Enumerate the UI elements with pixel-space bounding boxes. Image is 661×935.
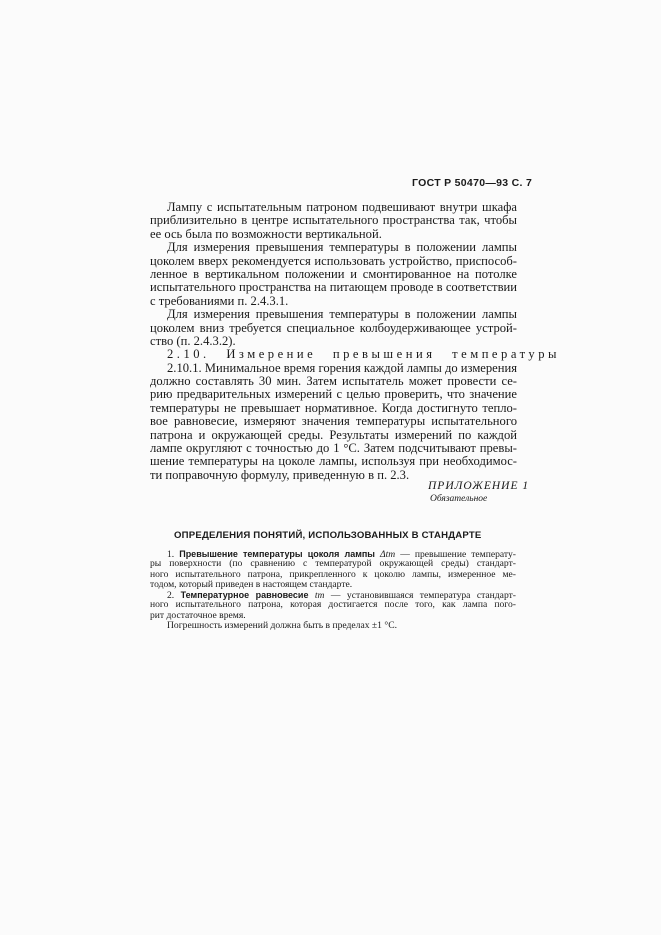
text-line: рию предварительных измерений с целью пр… [150,388,517,401]
text-line: вое равновесие, измеряют значения темпер… [150,415,517,428]
text-line: приблизительно в центре испытательного п… [150,214,517,227]
text-line: ее ось была по возможности вертикальной. [150,228,517,241]
text-line: ство (п. 2.4.3.2). [150,335,517,348]
text-line: тодом, который приведен в настоящем стан… [150,580,516,590]
appendix-label: ПРИЛОЖЕНИЕ 1 Обязательное [428,479,538,505]
accuracy-note: Погрешность измерений должна быть в пред… [150,621,516,631]
text-line: должно составлять 30 мин. Затем испытате… [150,375,517,388]
text-line: ленное в вертикальном положении и смонти… [150,268,517,281]
definitions-title: ОПРЕДЕЛЕНИЯ ПОНЯТИЙ, ИСПОЛЬЗОВАННЫХ В СТ… [174,530,514,541]
text-line: цоколем вниз требуется специальное колбо… [150,322,517,335]
text-line: лампе округляют с точностью до 1 °С. Зат… [150,442,517,455]
definitions-body: 1. Превышение температуры цоколя лампы Δ… [150,549,516,631]
appendix-status: Обязательное [428,493,538,505]
appendix-number: ПРИЛОЖЕНИЕ 1 [428,479,538,493]
text-line: 2.10.1. Минимальное время горения каждой… [150,362,517,375]
text-line: испытательного пространства на питающем … [150,281,517,294]
text-line: с требованиями п. 2.4.3.1. [150,295,517,308]
text-line: Для измерения превышения температуры в п… [150,241,517,254]
text-line: патрона и окружающей среды. Результаты и… [150,429,517,442]
section-heading: 2.10. Измерение превышения температуры [150,348,517,361]
text-line: шение температуры на цоколе лампы, испол… [150,455,517,468]
body-text: Лампу с испытательным патроном подвешива… [150,201,517,482]
text-line: Для измерения превышения температуры в п… [150,308,517,321]
text-line: цоколем вверх рекомендуется использовать… [150,255,517,268]
page-header: ГОСТ Р 50470—93 С. 7 [412,177,532,189]
text-line: Лампу с испытательным патроном подвешива… [150,201,517,214]
text-line: температуры не превышает нормативное. Ко… [150,402,517,415]
